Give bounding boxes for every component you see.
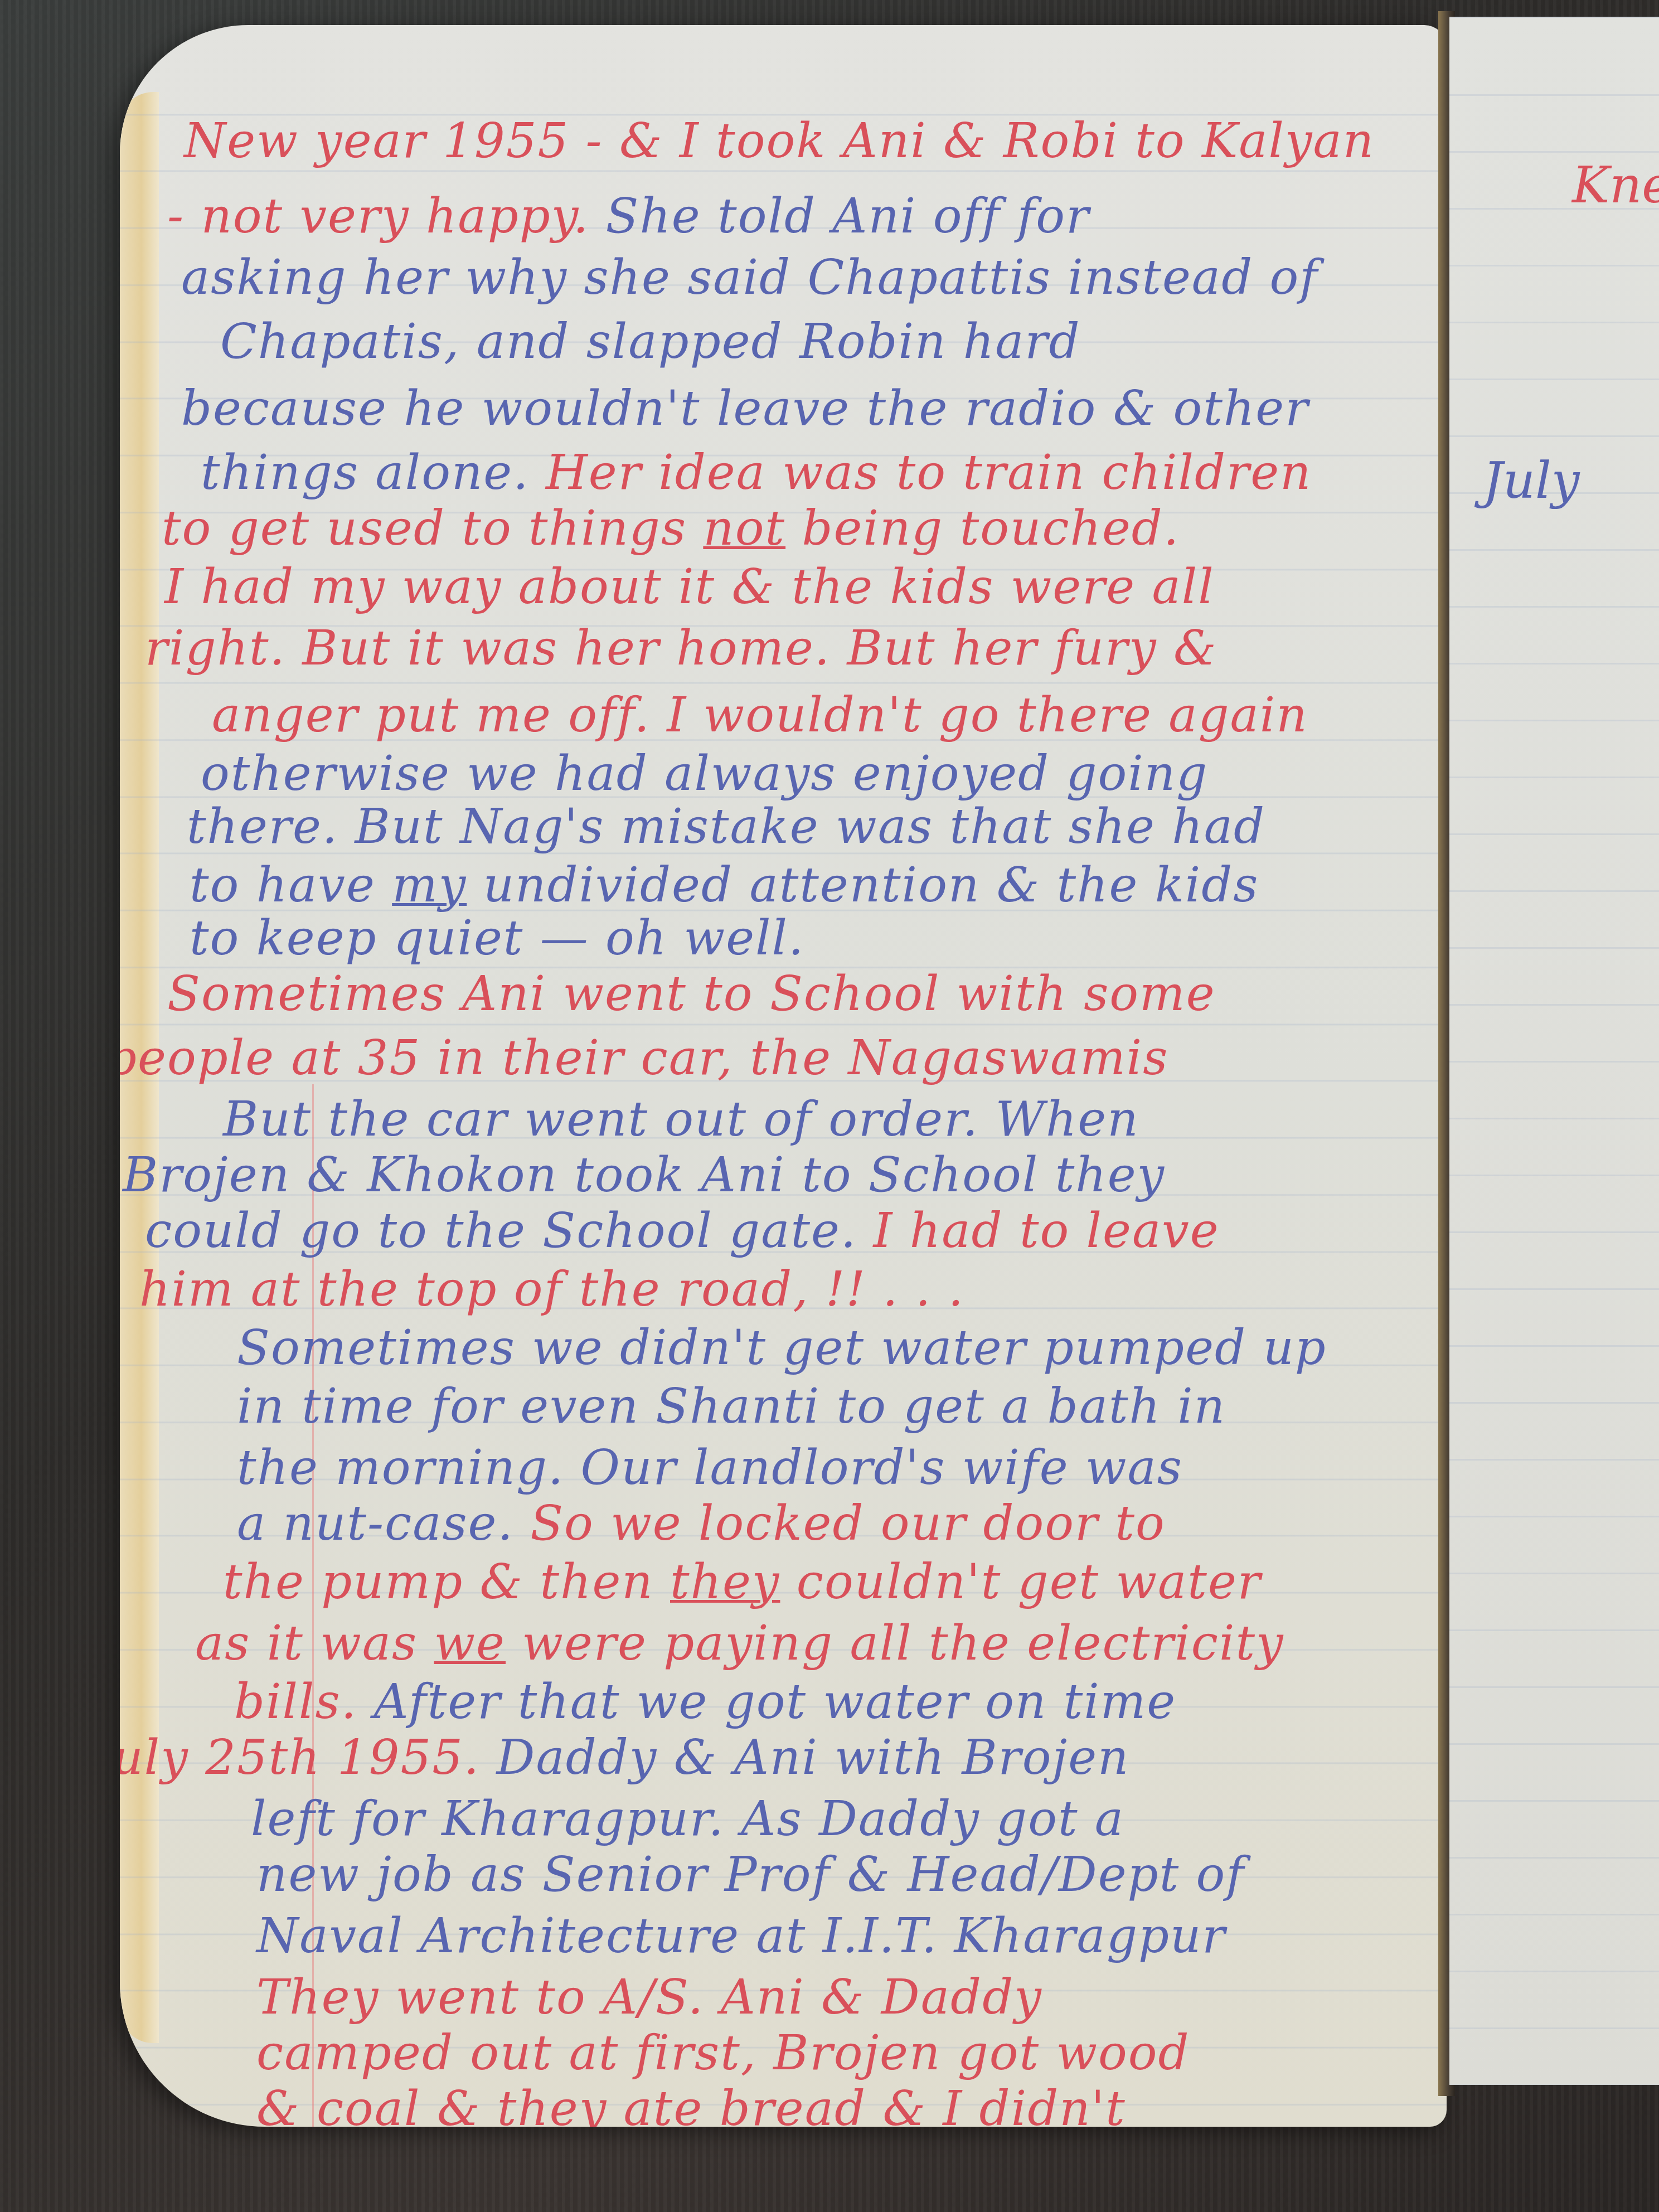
handwritten-line: to keep quiet — oh well. bbox=[190, 914, 804, 962]
handwritten-line: bills. After that we got water on time bbox=[234, 1678, 1176, 1726]
blue-ink-text: asking her why she said Chapattis instea… bbox=[181, 250, 1318, 305]
red-ink-text: anger put me off. I wouldn't go there ag… bbox=[212, 687, 1308, 743]
handwritten-line: right. But it was her home. But her fury… bbox=[145, 624, 1217, 672]
handwritten-line: otherwise we had always enjoyed going bbox=[201, 750, 1208, 798]
handwritten-line: people at 35 in their car, the Nagaswami… bbox=[120, 1034, 1168, 1082]
blue-ink-text: left for Kharagpur. As Daddy got a bbox=[251, 1791, 1124, 1847]
red-ink-text: to get used to things bbox=[162, 501, 703, 556]
notebook-right-page: Kne July bbox=[1449, 17, 1659, 2085]
red-ink-text: not bbox=[703, 501, 785, 556]
red-ink-text: were paying all the electricity bbox=[506, 1616, 1284, 1671]
handwritten-line: But the car went out of order. When bbox=[223, 1095, 1139, 1143]
red-ink-text: they bbox=[670, 1554, 780, 1610]
blue-ink-text: Sometimes we didn't get water pumped up bbox=[237, 1320, 1327, 1376]
handwritten-line: him at the top of the road, !! . . . bbox=[139, 1265, 964, 1313]
red-ink-text: we bbox=[434, 1616, 506, 1671]
handwritten-line: camped out at first, Brojen got wood bbox=[256, 2029, 1190, 2077]
red-ink-text: right. But it was her home. But her fury… bbox=[145, 620, 1217, 676]
handwritten-line: Sometimes Ani went to School with some bbox=[167, 970, 1216, 1018]
red-ink-text: They went to A/S. Ani & Daddy bbox=[256, 1970, 1042, 2025]
red-ink-text: as it was bbox=[195, 1616, 434, 1671]
blue-ink-text: to keep quiet — oh well. bbox=[190, 910, 804, 966]
red-ink-text: July 25th 1955. bbox=[120, 1730, 497, 1786]
handwritten-line: anger put me off. I wouldn't go there ag… bbox=[212, 691, 1308, 739]
handwritten-line: Brojen & Khokon took Ani to School they bbox=[123, 1151, 1165, 1199]
handwritten-line: July 25th 1955. Daddy & Ani with Brojen bbox=[120, 1734, 1129, 1782]
red-ink-text: bills. bbox=[234, 1674, 373, 1730]
red-ink-text: people at 35 in their car, the Nagaswami… bbox=[120, 1030, 1168, 1086]
handwritten-line: Naval Architecture at I.I.T. Kharagpur bbox=[256, 1912, 1226, 1960]
right-page-fragment: Kne bbox=[1572, 156, 1659, 215]
handwritten-line: to have my undivided attention & the kid… bbox=[190, 861, 1259, 909]
red-ink-text: I had my way about it & the kids were al… bbox=[164, 559, 1215, 615]
blue-ink-text: a nut-case. bbox=[237, 1496, 530, 1551]
handwritten-line: in time for even Shanti to get a bath in bbox=[237, 1382, 1226, 1430]
blue-ink-text: She told Ani off for bbox=[589, 188, 1090, 244]
blue-ink-text: new job as Senior Prof & Head/Dept of bbox=[256, 1847, 1245, 1903]
blue-ink-text: there. But Nag's mistake was that she ha… bbox=[187, 799, 1265, 855]
ruled-lines bbox=[1449, 17, 1659, 2085]
handwritten-line: Sometimes we didn't get water pumped up bbox=[237, 1324, 1327, 1372]
handwritten-line: could go to the School gate. I had to le… bbox=[145, 1207, 1220, 1255]
blue-ink-text: things alone. bbox=[201, 445, 546, 501]
red-ink-text: him at the top of the road, !! . . . bbox=[139, 1262, 964, 1317]
blue-ink-text: to have bbox=[190, 857, 392, 913]
blue-ink-text: otherwise we had always enjoyed going bbox=[201, 746, 1208, 802]
blue-ink-text: my bbox=[392, 857, 467, 913]
blue-ink-text: could go to the School gate. bbox=[145, 1203, 874, 1259]
red-ink-text: being touched. bbox=[785, 501, 1180, 556]
red-ink-text: Her idea was to train children bbox=[546, 445, 1312, 501]
handwritten-line: to get used to things not being touched. bbox=[162, 505, 1180, 552]
notebook-left-page: New year 1955 - & I took Ani & Robi to K… bbox=[120, 25, 1447, 2127]
handwritten-line: New year 1955 - & I took Ani & Robi to K… bbox=[184, 117, 1375, 165]
blue-ink-text: because he wouldn't leave the radio & ot… bbox=[181, 381, 1309, 436]
handwritten-line: things alone. Her idea was to train chil… bbox=[201, 449, 1312, 497]
handwritten-line: asking her why she said Chapattis instea… bbox=[181, 254, 1318, 302]
handwritten-line: because he wouldn't leave the radio & ot… bbox=[181, 385, 1309, 433]
handwritten-line: left for Kharagpur. As Daddy got a bbox=[251, 1795, 1124, 1843]
blue-ink-text: Daddy & Ani with Brojen bbox=[497, 1730, 1130, 1786]
handwritten-line: & coal & they ate bread & I didn't bbox=[256, 2085, 1126, 2127]
red-ink-text: I had to leave bbox=[874, 1203, 1220, 1259]
handwritten-line: Chapatis, and slapped Robin hard bbox=[220, 318, 1081, 366]
blue-ink-text: After that we got water on time bbox=[373, 1674, 1176, 1730]
handwritten-line: as it was we were paying all the electri… bbox=[195, 1619, 1284, 1667]
handwritten-line: the pump & then they couldn't get water bbox=[223, 1558, 1262, 1606]
blue-ink-text: Brojen & Khokon took Ani to School they bbox=[123, 1147, 1165, 1203]
red-ink-text: So we locked our door to bbox=[530, 1496, 1166, 1551]
handwritten-line: - not very happy. She told Ani off for bbox=[167, 192, 1090, 240]
handwritten-line: new job as Senior Prof & Head/Dept of bbox=[256, 1851, 1245, 1899]
red-ink-text: - not very happy. bbox=[167, 188, 589, 244]
blue-ink-text: Chapatis, and slapped Robin hard bbox=[220, 314, 1081, 370]
red-ink-text: camped out at first, Brojen got wood bbox=[256, 2025, 1190, 2081]
red-ink-text: Sometimes Ani went to School with some bbox=[167, 966, 1216, 1022]
red-ink-text: & coal & they ate bread & I didn't bbox=[256, 2081, 1126, 2127]
blue-ink-text: in time for even Shanti to get a bath in bbox=[237, 1379, 1226, 1434]
handwritten-line: the morning. Our landlord's wife was bbox=[237, 1444, 1183, 1492]
handwritten-line: I had my way about it & the kids were al… bbox=[164, 563, 1215, 611]
red-ink-text: couldn't get water bbox=[780, 1554, 1261, 1610]
handwritten-line: a nut-case. So we locked our door to bbox=[237, 1500, 1166, 1548]
red-ink-text: New year 1955 - & I took Ani & Robi to K… bbox=[184, 113, 1375, 169]
handwritten-line: there. But Nag's mistake was that she ha… bbox=[187, 803, 1265, 851]
handwritten-text-area: New year 1955 - & I took Ani & Robi to K… bbox=[120, 25, 1447, 2127]
blue-ink-text: undivided attention & the kids bbox=[467, 857, 1259, 913]
blue-ink-text: the morning. Our landlord's wife was bbox=[237, 1440, 1183, 1496]
right-page-fragment: July bbox=[1483, 452, 1580, 510]
handwritten-line: They went to A/S. Ani & Daddy bbox=[256, 1973, 1042, 2021]
blue-ink-text: Naval Architecture at I.I.T. Kharagpur bbox=[256, 1908, 1226, 1964]
red-ink-text: the pump & then bbox=[223, 1554, 670, 1610]
blue-ink-text: But the car went out of order. When bbox=[223, 1092, 1139, 1147]
